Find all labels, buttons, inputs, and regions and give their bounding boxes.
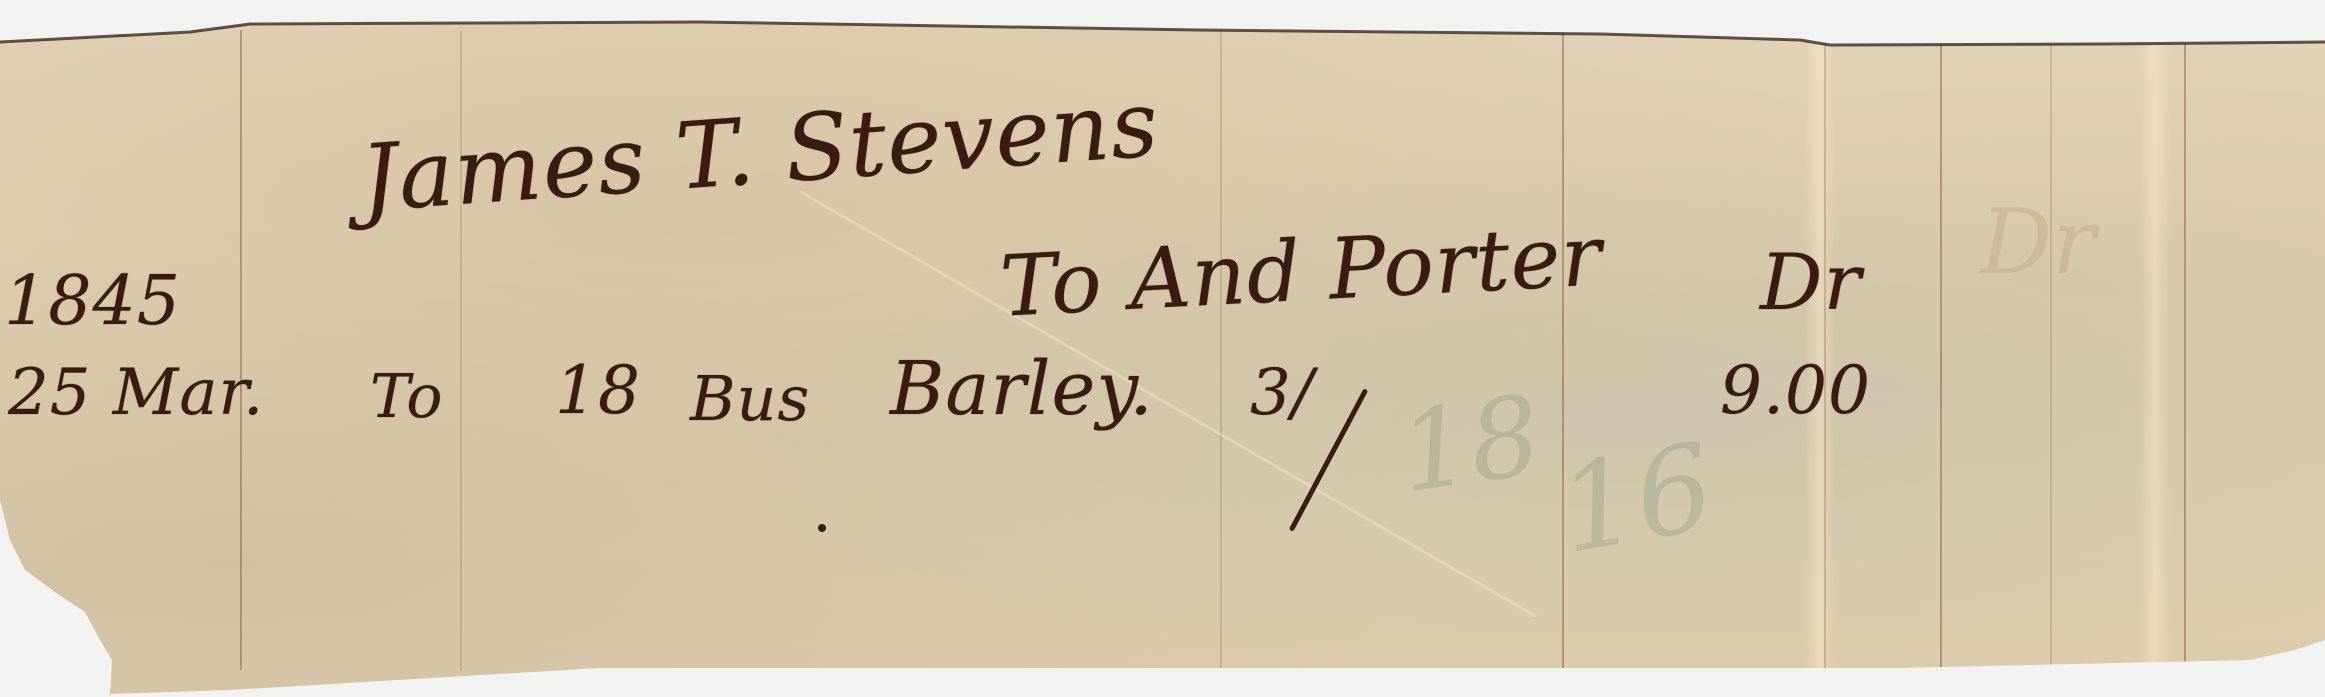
- ink-dot: [818, 524, 826, 532]
- scan-background: 18 16 Dr James T. Stevens To And Porter …: [0, 0, 2325, 697]
- creditor-line: To And Porter: [998, 206, 1605, 335]
- entry-to-label: To: [370, 362, 443, 432]
- paper-fold: [2140, 35, 2170, 670]
- receipt-paper: 18 16 Dr James T. Stevens To And Porter …: [0, 0, 2325, 697]
- margin-rule: [240, 30, 242, 670]
- entry-rate: 3/: [1250, 356, 1314, 430]
- ledger-rule: [1562, 30, 1564, 670]
- entry-amount: 9.00: [1720, 352, 1871, 429]
- debit-label: Dr: [1760, 238, 1862, 328]
- ledger-rule: [1220, 30, 1222, 670]
- entry-year: 1845: [4, 262, 181, 341]
- bleed-through-text: Dr: [1980, 190, 2095, 295]
- entry-date: 25 Mar.: [8, 356, 264, 430]
- bleed-through-text: 16: [1549, 418, 1724, 581]
- entry-item: Barley.: [890, 346, 1154, 432]
- ledger-rule: [2050, 30, 2052, 670]
- entry-unit: Bus: [690, 362, 810, 435]
- debtor-name: James T. Stevens: [357, 70, 1162, 233]
- ledger-rule: [1940, 30, 1942, 670]
- bleed-through-text: 18: [1392, 371, 1548, 517]
- entry-quantity: 18: [555, 352, 641, 429]
- ledger-rule: [2184, 30, 2186, 670]
